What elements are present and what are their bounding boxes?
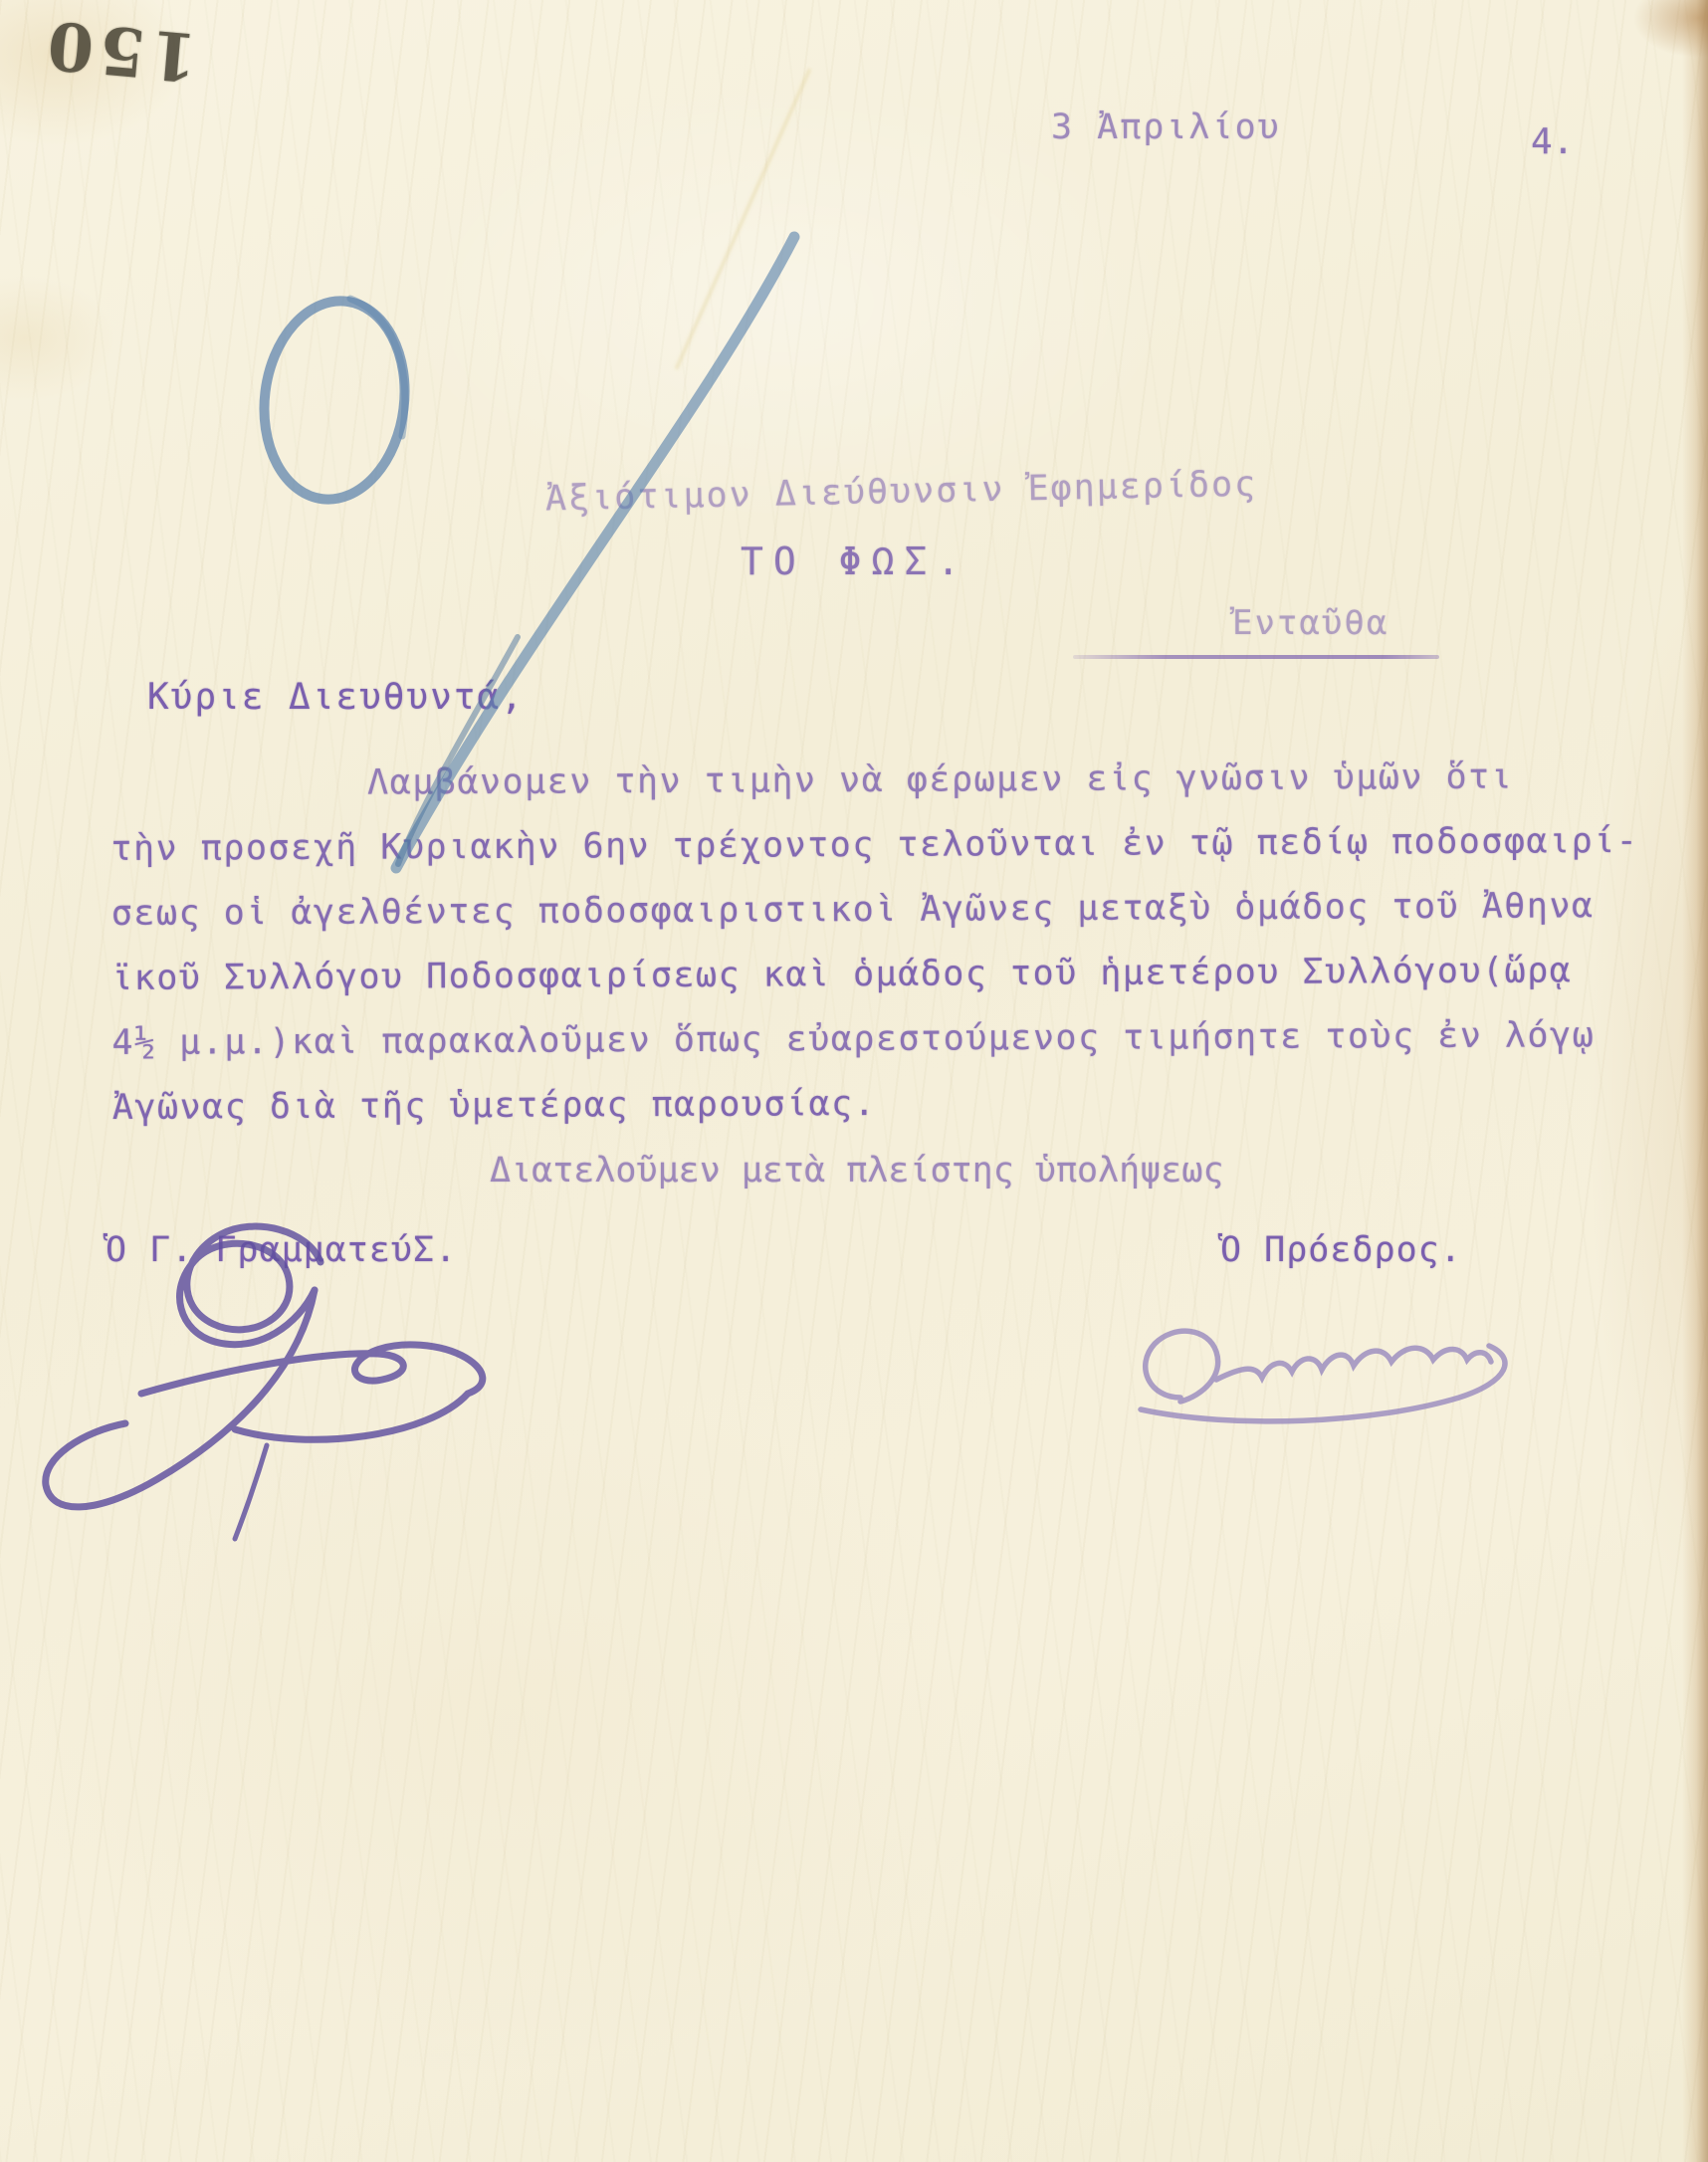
body-line: 4½ μ.μ.)καὶ παρακαλοῦμεν ὅπως εὐαρεστούμ… <box>111 1009 1639 1082</box>
body-line: τὴν προσεχῆ Κυριακὴν 6ην τρέχοντος τελοῦ… <box>110 815 1638 888</box>
recipient-line: Ἀξιότιμον Διεύθυνσιν Ἐφημερίδος <box>545 465 1258 520</box>
letter-body: Λαμβάνομεν τὴν τιμὴν νὰ φέρωμεν εἰς γνῶσ… <box>110 751 1640 1147</box>
body-line: σεως οἱ ἀγελθέντες ποδοσφαιριστικοὶ Ἀγῶν… <box>111 880 1639 953</box>
body-line: ϊκοῦ Συλλόγου Ποδοσφαιρίσεως καὶ ὁμάδος … <box>111 945 1639 1017</box>
closing-line: Διατελοῦμεν μετὰ πλείστης ὑπολήψεως <box>490 1151 1224 1190</box>
salutation: Κύριε Διευθυντά, <box>147 677 525 718</box>
secretary-title: Ὁ Γ. ΓραμματεύΣ. <box>106 1230 457 1270</box>
place-underline <box>1073 655 1439 659</box>
president-signature <box>1141 1331 1505 1421</box>
letter-page: 150 3 Ἀπριλίου 4. Ἀξιότιμον Διεύθυνσιν Ἐ… <box>0 0 1708 2162</box>
body-line: Λαμβάνομεν τὴν τιμὴν νὰ φέρωμεν εἰς γνῶσ… <box>367 751 1638 822</box>
president-title: Ὁ Πρόεδρος. <box>1220 1230 1462 1270</box>
place-line: Ἐνταῦθα <box>1232 603 1388 643</box>
body-line: Ἀγῶνας διὰ τῆς ὑμετέρας παρουσίας. <box>112 1074 1640 1147</box>
pencil-circle-mark <box>253 293 415 508</box>
secretary-signature <box>46 1226 483 1539</box>
letter-year-fragment: 4. <box>1531 121 1574 162</box>
letter-date: 3 Ἀπριλίου <box>1051 108 1281 147</box>
archive-number-stamp: 150 <box>39 5 200 96</box>
page-edge <box>1682 0 1708 2162</box>
paper-crease <box>675 69 811 370</box>
newspaper-name: ΤΟ ΦΩΣ. <box>741 540 969 583</box>
